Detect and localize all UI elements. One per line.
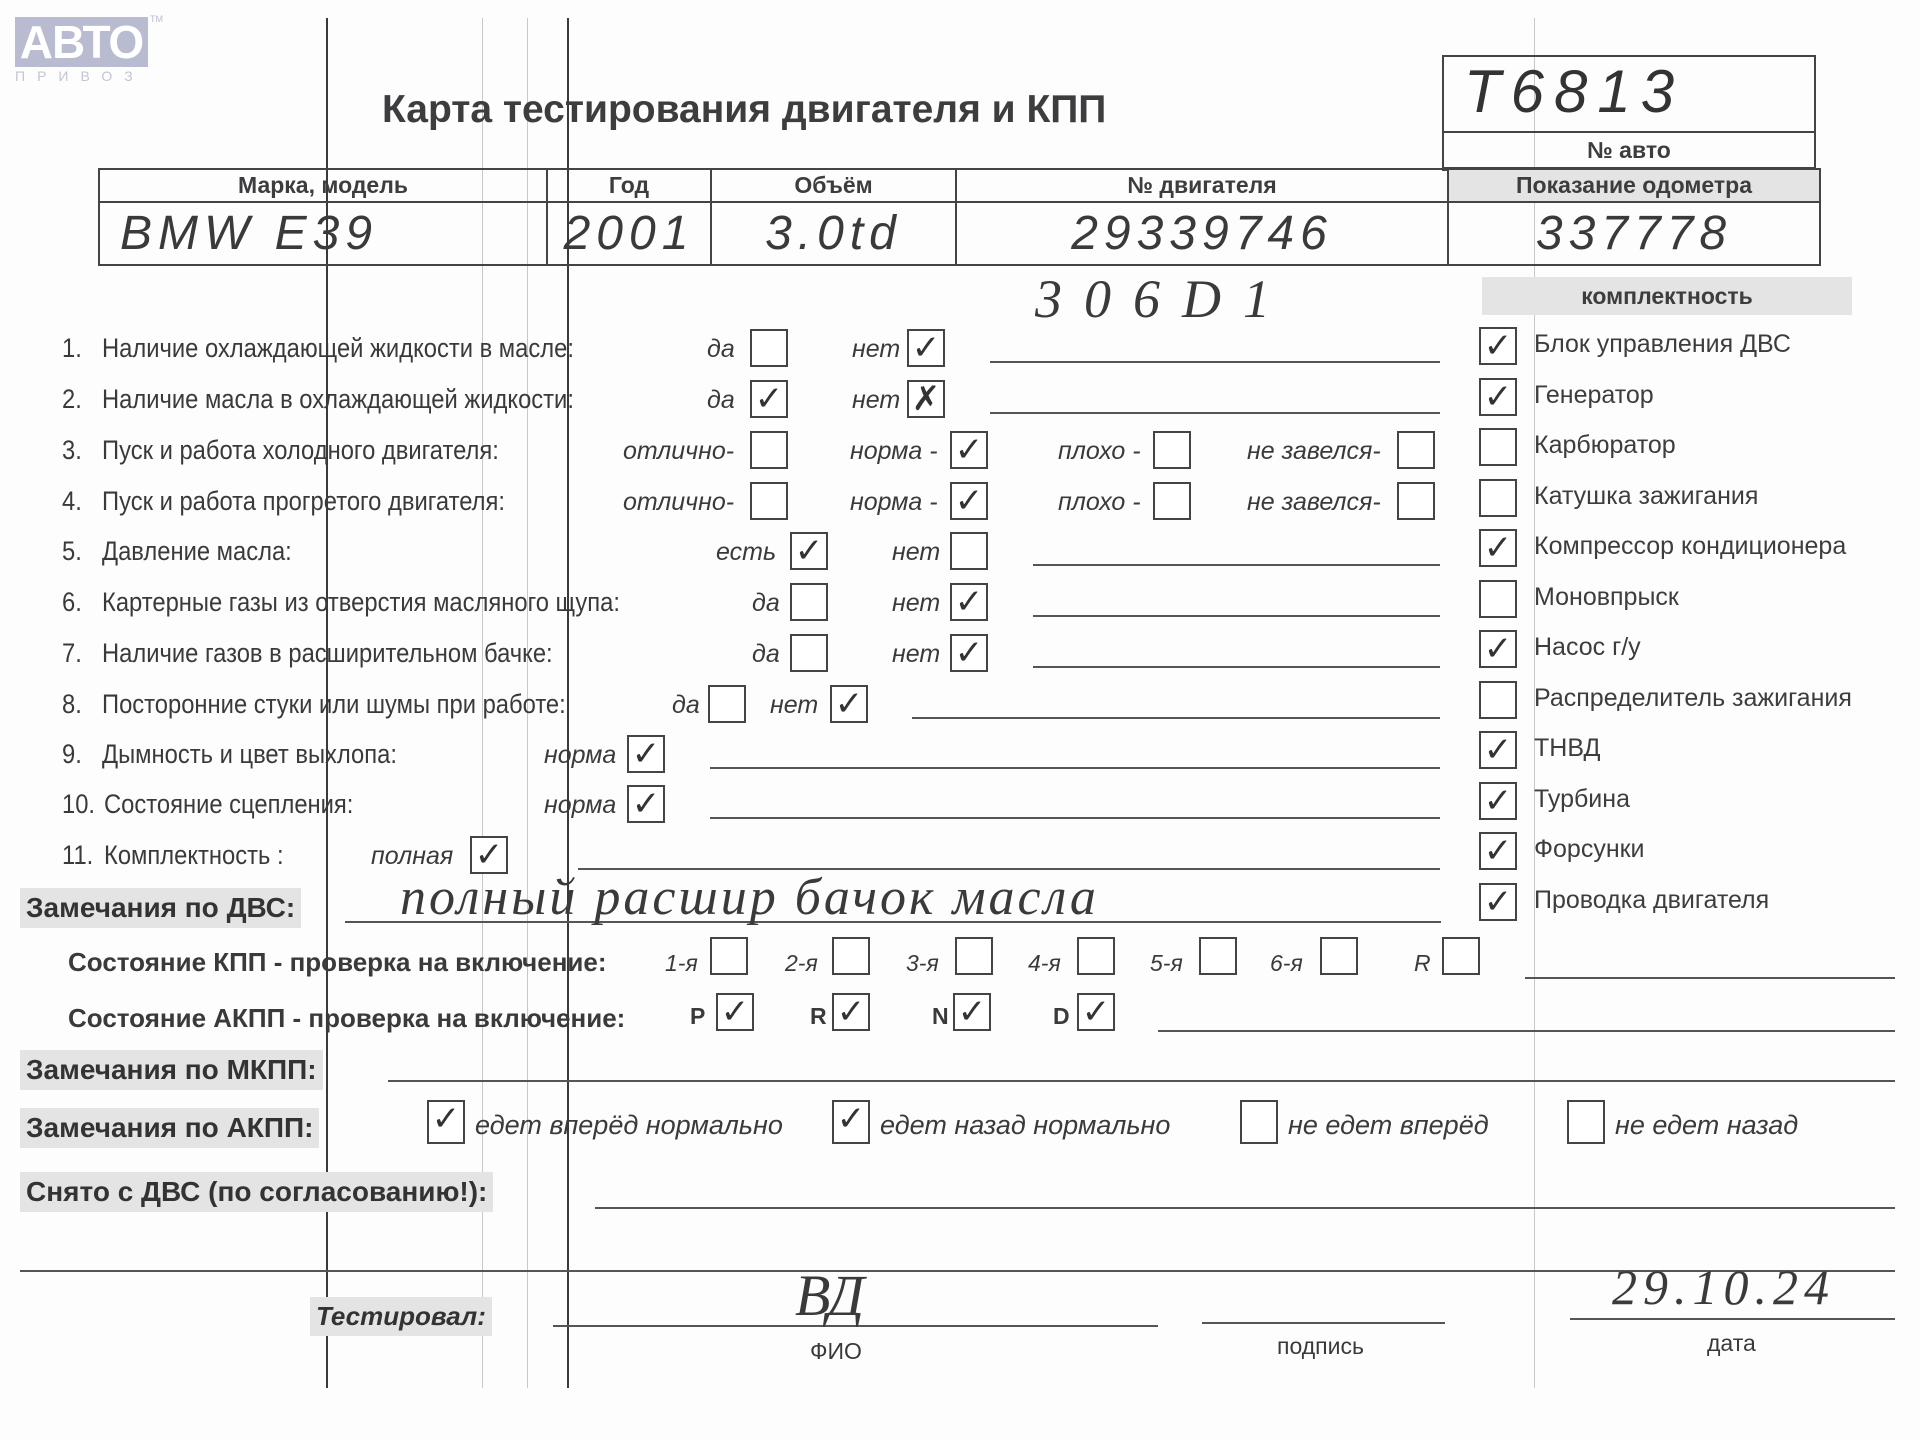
gear-label: R [1414,950,1431,977]
option-checkbox[interactable]: ✓ [950,583,988,621]
make-model-label: Марка, модель [99,169,547,202]
note-line[interactable] [1033,666,1440,668]
option-label: нет [852,386,900,415]
manual-gearbox-label: Состояние КПП - проверка на включение: [68,947,607,978]
completeness-checkbox[interactable]: ✓ [1479,630,1517,668]
odometer-value[interactable]: 337778 [1448,202,1820,265]
option-label: плохо - [1058,437,1141,466]
option-checkbox[interactable]: ✓ [627,735,665,773]
position-label: N [932,1003,949,1030]
option-checkbox[interactable]: ✓ [627,785,665,823]
auto-number-value[interactable]: T6813 [1444,57,1814,133]
auto-gearbox-line [1158,1030,1895,1032]
gear-checkbox[interactable] [1199,937,1237,975]
completeness-item-label: Турбина [1534,785,1630,814]
akpp-option-label: едет вперёд нормально [475,1110,783,1141]
question-number: 9. [62,739,82,770]
option-label: да [707,386,735,415]
page-title: Карта тестирования двигателя и КПП [382,88,1106,132]
option-checkbox[interactable] [950,532,988,570]
question-text: Наличие масла в охлаждающей жидкости: [102,384,574,415]
auto-gearbox-label: Состояние АКПП - проверка на включение: [68,1003,625,1034]
auto-number-label: № авто [1444,133,1814,169]
completeness-checkbox[interactable]: ✓ [1479,327,1517,365]
question-number: 11. [62,840,93,871]
option-label: норма [544,791,616,820]
question-number: 10. [62,789,95,820]
question-text: Наличие охлаждающей жидкости в масле: [102,333,574,364]
gear-checkbox[interactable] [710,937,748,975]
option-checkbox[interactable]: ✓ [907,329,945,367]
option-checkbox[interactable] [1153,482,1191,520]
option-checkbox[interactable] [708,685,746,723]
completeness-item-label: Катушка зажигания [1534,482,1758,511]
mkpp-remarks-label: Замечания по МКПП: [20,1050,323,1090]
note-line[interactable] [578,868,1440,870]
option-checkbox[interactable]: ✓ [950,431,988,469]
position-checkbox[interactable]: ✓ [716,993,754,1031]
option-checkbox[interactable] [1397,431,1435,469]
akpp-option-label: не едет назад [1615,1110,1798,1141]
completeness-checkbox[interactable] [1479,479,1517,517]
completeness-title: комплектность [1482,277,1852,315]
completeness-checkbox[interactable] [1479,681,1517,719]
gear-checkbox[interactable] [955,937,993,975]
option-checkbox[interactable] [750,329,788,367]
completeness-checkbox[interactable] [1479,580,1517,618]
option-checkbox[interactable] [750,482,788,520]
signature-line[interactable] [1202,1322,1445,1324]
position-checkbox[interactable]: ✓ [953,993,991,1031]
option-label: плохо - [1058,488,1141,517]
option-checkbox[interactable] [790,583,828,621]
gear-checkbox[interactable] [1077,937,1115,975]
removed-label: Снято с ДВС (по согласованию!): [20,1172,493,1212]
gear-label: 5-я [1150,950,1183,977]
akpp-remarks-label: Замечания по АКПП: [20,1108,319,1148]
engine-remarks-label: Замечания по ДВС: [20,888,301,928]
gear-checkbox[interactable] [1442,937,1480,975]
question-number: 4. [62,486,82,517]
note-line[interactable] [990,361,1440,363]
logo-subtitle: ПРИВОЗ [15,68,148,84]
signature-caption: подпись [1277,1333,1364,1360]
logo-trademark: TM [150,14,163,24]
gear-label: 3-я [906,950,939,977]
option-checkbox[interactable] [1153,431,1191,469]
completeness-checkbox[interactable] [1479,428,1517,466]
vehicle-info-table: Марка, модель Год Объём № двигателя Пока… [98,168,1821,266]
date-value[interactable]: 29.10.24 [1612,1258,1835,1316]
engine-code: 306D1 [1035,268,1292,330]
option-checkbox[interactable]: ✓ [750,380,788,418]
option-label: норма [544,741,616,770]
volume-label: Объём [711,169,956,202]
completeness-checkbox[interactable]: ✓ [1479,782,1517,820]
option-label: не завелся- [1247,488,1381,517]
question-number: 7. [62,638,82,669]
option-label: нет [852,335,900,364]
mkpp-remarks-line[interactable] [388,1080,1895,1082]
engine-number-value[interactable]: 29339746 [956,202,1448,265]
auto-number-box: T6813 № авто [1442,55,1816,171]
option-label: не завелся- [1247,437,1381,466]
position-label: D [1053,1003,1070,1030]
option-label: нет [892,640,940,669]
odometer-label: Показание одометра [1448,169,1820,202]
completeness-item-label: Моновпрыск [1534,583,1679,612]
position-checkbox[interactable]: ✓ [1077,993,1115,1031]
completeness-checkbox[interactable]: ✓ [1479,883,1517,921]
option-label: да [752,589,780,618]
question-text: Наличие газов в расширительном бачке: [102,638,553,669]
tested-by-label: Тестировал: [310,1297,492,1336]
date-line [1570,1318,1895,1320]
completeness-item-label: Проводка двигателя [1534,886,1769,915]
gear-checkbox[interactable] [1320,937,1358,975]
question-number: 6. [62,587,82,618]
position-checkbox[interactable]: ✓ [832,993,870,1031]
option-label: норма - [850,437,938,466]
gear-label: 2-я [785,950,818,977]
completeness-item-label: Генератор [1534,381,1654,410]
option-label: отлично- [623,437,734,466]
volume-value[interactable]: 3.0td [711,202,956,265]
engine-remarks-value[interactable]: полный расшир бачок масла [400,868,1099,927]
option-label: отлично- [623,488,734,517]
name-caption: ФИО [810,1338,862,1365]
completeness-item-label: Форсунки [1534,835,1645,864]
year-label: Год [547,169,711,202]
question-number: 1. [62,333,82,364]
position-label: P [690,1003,705,1030]
question-text: Пуск и работа холодного двигателя: [102,435,499,466]
option-label: есть [716,538,776,567]
akpp-option-label: не едет вперёд [1288,1110,1489,1141]
gear-checkbox[interactable] [832,937,870,975]
removed-line[interactable] [595,1207,1895,1209]
gear-label: 1-я [665,950,698,977]
question-text: Пуск и работа прогретого двигателя: [102,486,505,517]
option-checkbox[interactable] [790,634,828,672]
completeness-checkbox[interactable]: ✓ [1479,529,1517,567]
completeness-checkbox[interactable]: ✓ [1479,731,1517,769]
gear-label: 6-я [1270,950,1303,977]
option-label: норма - [850,488,938,517]
akpp-option-checkbox[interactable] [1240,1100,1278,1144]
option-label: да [672,691,700,720]
date-caption: дата [1707,1330,1756,1357]
option-checkbox[interactable]: ✓ [470,836,508,874]
note-line[interactable] [710,817,1440,819]
completeness-item-label: Карбюратор [1534,431,1676,460]
name-value[interactable]: ВД [795,1262,864,1329]
akpp-option-label: едет назад нормально [880,1110,1170,1141]
akpp-option-checkbox[interactable]: ✓ [427,1100,465,1144]
completeness-item-label: Распределитель зажигания [1534,684,1852,713]
logo: АВТО [15,17,148,67]
make-model-value[interactable]: BMW E39 [99,202,547,265]
gear-label: 4-я [1028,950,1061,977]
option-label: нет [892,589,940,618]
akpp-option-checkbox[interactable]: ✓ [832,1100,870,1144]
completeness-item-label: Насос г/у [1534,633,1641,662]
completeness-item-label: Компрессор кондиционера [1534,532,1846,561]
question-number: 5. [62,536,82,567]
option-checkbox[interactable]: ✗ [907,380,945,418]
manual-gearbox-line [1525,977,1895,979]
option-label: да [707,335,735,364]
position-label: R [810,1003,827,1030]
question-number: 8. [62,689,82,720]
year-value[interactable]: 2001 [547,202,711,265]
option-checkbox[interactable]: ✓ [790,532,828,570]
note-line[interactable] [990,412,1440,414]
option-checkbox[interactable]: ✓ [950,634,988,672]
question-text: Картерные газы из отверстия масляного щу… [102,587,620,618]
option-checkbox[interactable]: ✓ [830,685,868,723]
option-checkbox[interactable] [1397,482,1435,520]
note-line[interactable] [912,717,1440,719]
engine-number-label: № двигателя [956,169,1448,202]
option-label: полная [371,842,453,871]
option-label: нет [892,538,940,567]
question-number: 3. [62,435,82,466]
completeness-item-label: Блок управления ДВС [1534,330,1791,359]
completeness-checkbox[interactable]: ✓ [1479,832,1517,870]
note-line[interactable] [1033,615,1440,617]
completeness-checkbox[interactable]: ✓ [1479,378,1517,416]
question-text: Посторонние стуки или шумы при работе: [102,689,566,720]
question-number: 2. [62,384,82,415]
note-line[interactable] [1033,564,1440,566]
option-checkbox[interactable] [750,431,788,469]
question-text: Дымность и цвет выхлопа: [102,739,397,770]
question-text: Давление масла: [102,536,292,567]
akpp-option-checkbox[interactable] [1567,1100,1605,1144]
option-label: нет [770,691,818,720]
option-checkbox[interactable]: ✓ [950,482,988,520]
completeness-item-label: ТНВД [1534,734,1600,763]
question-text: Состояние сцепления: [104,789,353,820]
note-line[interactable] [710,767,1440,769]
question-text: Комплектность : [104,840,284,871]
option-label: да [752,640,780,669]
